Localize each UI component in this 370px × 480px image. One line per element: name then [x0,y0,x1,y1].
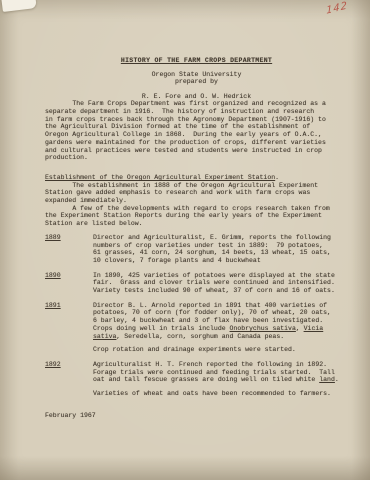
entry-1892: 1892 Agriculturalist H. T. French report… [45,361,348,398]
section-heading-period: . [275,174,279,181]
entry-1890: 1890 In 1890, 425 varieties of potatoes … [45,272,348,295]
entry-text: Director B. L. Arnold reported in 1891 t… [93,302,348,354]
entry-text: In 1890, 425 varieties of potatoes were … [93,272,348,295]
entry-year: 1890 [45,272,93,295]
establishment-paragraph: The establishment in 1888 of the Oregon … [45,182,348,205]
entry-year-text: 1891 [45,302,61,309]
entry-1889: 1889 Director and Agriculturalist, E. Gr… [45,234,348,265]
document-title: HISTORY OF THE FARM CROPS DEPARTMENT [45,57,348,65]
entry-text-part: Agriculturalist H. T. French reported th… [93,361,335,383]
entry-text: Agriculturalist H. T. French reported th… [93,361,348,398]
entry-text-part: , Seredella, corn, sorghum and Canada pe… [116,333,284,340]
entry-text: Director and Agriculturalist, E. Grimm, … [93,234,348,265]
entry-year: 1892 [45,361,93,398]
prepared-by-line: prepared by [45,78,348,86]
entry-year: 1891 [45,302,93,354]
entry-year-text: 1890 [45,272,61,279]
latin-name: Onobrychus sativa [230,325,296,332]
document-page: 142 HISTORY OF THE FARM CROPS DEPARTMENT… [0,0,370,480]
intro-paragraph: The Farm Crops Department was first orga… [45,100,348,162]
title-block: Oregon State University prepared by R. E… [45,71,348,101]
document-content: HISTORY OF THE FARM CROPS DEPARTMENT Ore… [0,0,370,420]
section-heading: Establishment of the Oregon Agricultural… [45,174,348,182]
entry-text-part: , [296,325,304,332]
developments-paragraph: A few of the developments with regard to… [45,205,348,228]
entry-subparagraph: Varieties of wheat and oats have been re… [93,390,348,398]
entry-1891: 1891 Director B. L. Arnold reported in 1… [45,302,348,354]
entry-text-part: . [335,376,339,383]
entry-year-text: 1892 [45,361,61,368]
underlined-word: land [319,376,335,383]
entry-year-text: 1889 [45,234,61,241]
entry-year: 1889 [45,234,93,265]
date-line: February 1967 [45,412,348,420]
entry-subparagraph: Crop rotation and drainage experiments w… [93,346,348,354]
section-heading-text: Establishment of the Oregon Agricultural… [45,174,275,181]
